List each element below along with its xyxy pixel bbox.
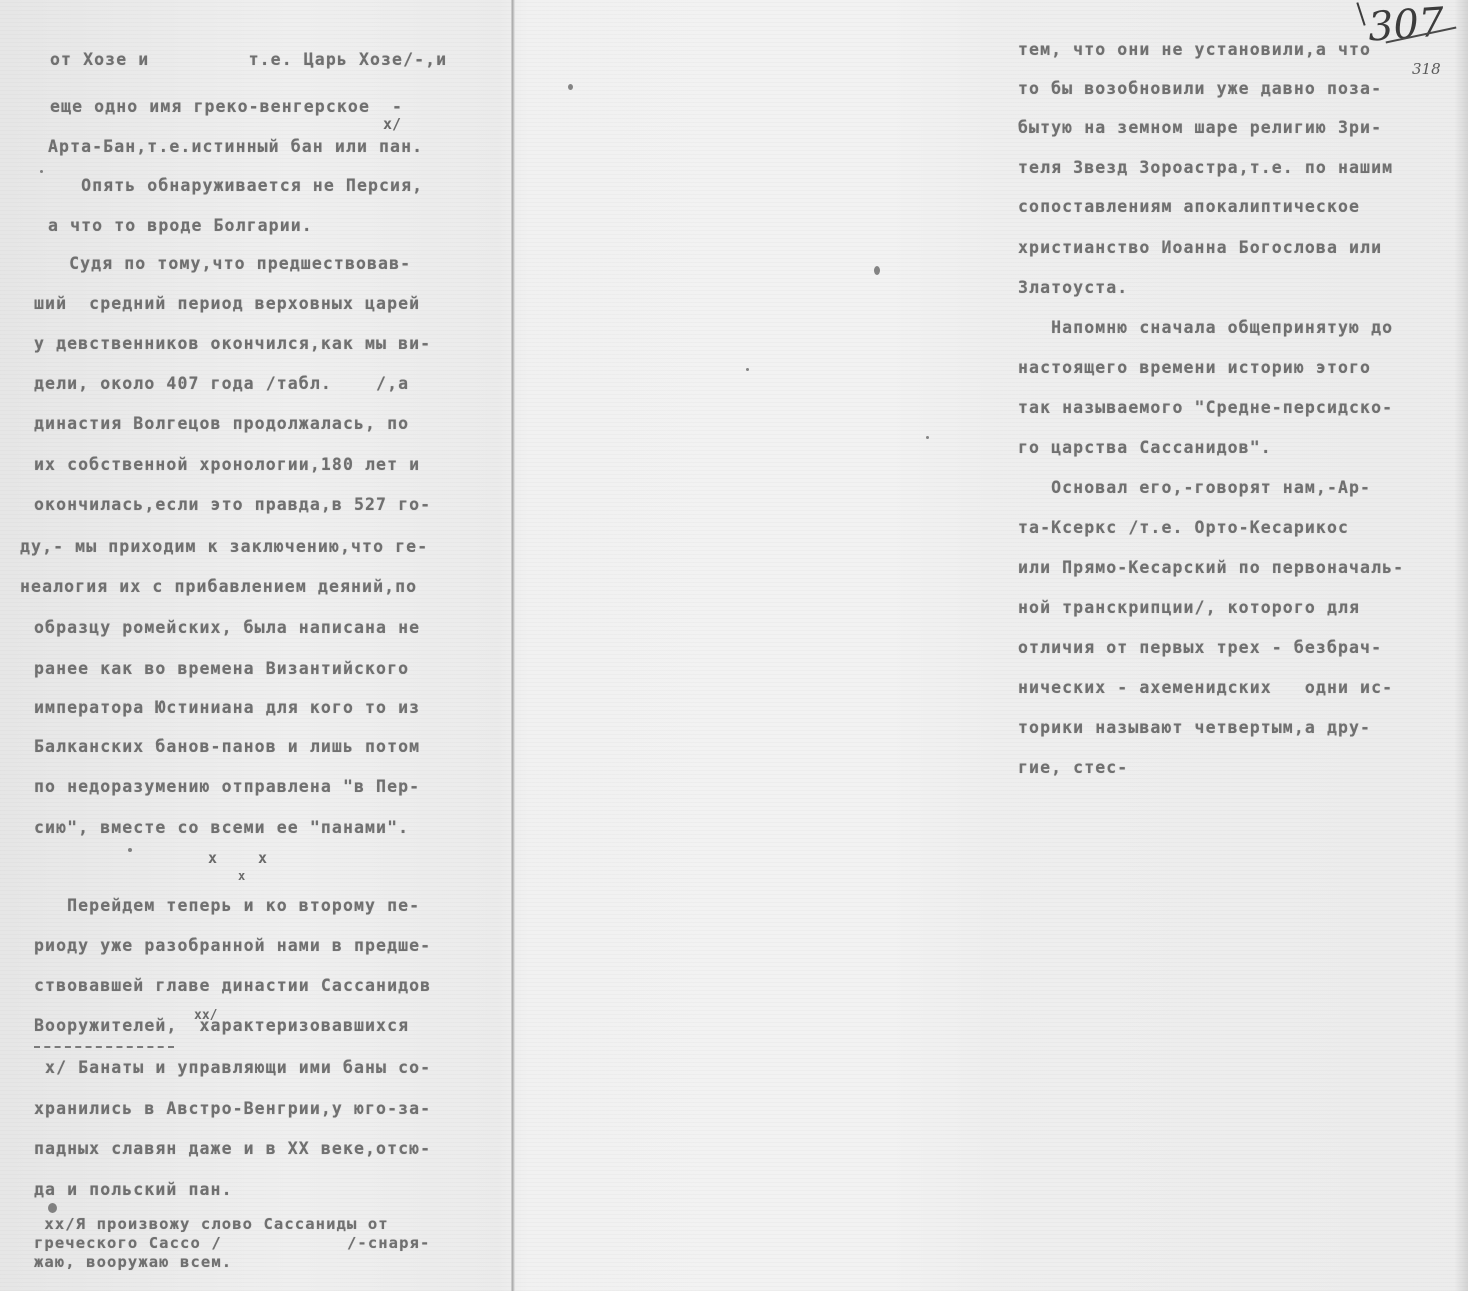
text-line: теля Звезд Зороастра,т.е. по нашим (1018, 158, 1393, 177)
text-line: ной транскрипции/, которого для (1018, 598, 1360, 617)
text-line: Златоуста. (1018, 278, 1128, 297)
handwritten-page-number: 307 (1366, 0, 1445, 51)
text-line: сопоставлениям апокалиптическое (1018, 197, 1360, 216)
footnote-line: хранились в Австро-Венгрии,у юго-за- (34, 1099, 431, 1118)
text-line: го царства Сассанидов". (1018, 438, 1272, 457)
text-line: отличия от первых трех - безбрач- (1018, 638, 1382, 657)
text-line: так называемого "Средне-персидско- (1018, 398, 1393, 417)
text-line: Опять обнаруживается не Персия, (48, 176, 423, 195)
ink-spot (568, 84, 573, 90)
text-line: Вооружителей, характеризовавшихся (34, 1016, 409, 1035)
text-line: риоду уже разобранной нами в предше- (34, 936, 431, 955)
footnote-line: греческого Сассо / /-снаря- (34, 1234, 430, 1252)
text-line: ствовавшей главе династии Сассанидов (34, 976, 431, 995)
ink-spot (48, 1203, 57, 1213)
text-line: окончилась,если это правда,в 527 го- (34, 495, 431, 514)
text-line: настоящего времени историю этого (1018, 358, 1371, 377)
section-separator-mark: x (258, 849, 267, 867)
text-line: ший средний период верховных царей (34, 294, 420, 313)
text-line: Основал его,-говорят нам,-Ар- (1018, 478, 1371, 497)
text-line: у девственников окончился,как мы ви- (34, 334, 431, 353)
footnote-line: x/ Банаты и управляющи ими баны со- (34, 1058, 431, 1077)
ink-spot (926, 436, 929, 439)
ink-spot (874, 266, 880, 275)
footnote-line: xx/Я произвожу слово Сассаниды от (34, 1215, 389, 1233)
text-line: тем, что они не установили,а что (1018, 40, 1371, 59)
section-separator-mark: x (238, 869, 245, 883)
text-line: от Хозе и т.е. Царь Хозе/-,и (50, 50, 447, 69)
text-line: Балканских банов-панов и лишь потом (34, 737, 420, 756)
ink-spot (40, 170, 43, 173)
footnote-marker: xx/ (194, 1008, 217, 1023)
text-line: или Прямо-Кесарский по первоначаль- (1018, 558, 1404, 577)
text-line: Перейдем теперь и ко второму пе- (34, 896, 420, 915)
text-line: а что то вроде Болгарии. (48, 216, 313, 235)
text-line: бытую на земном шаре религию Зри- (1018, 118, 1382, 137)
text-line: христианство Иоанна Богослова или (1018, 238, 1382, 257)
text-line: та-Ксеркс /т.е. Орто-Кесарикос (1018, 518, 1349, 537)
text-line: их собственной хронологии,180 лет и (34, 455, 420, 474)
left-page: от Хозе и т.е. Царь Хозе/-,и еще одно им… (0, 0, 510, 1291)
text-line: по недоразумению отправлена "в Пер- (34, 777, 420, 796)
corrected-page-number: 318 (1412, 60, 1441, 78)
footnote-line: падных славян даже и в XX веке,отсю- (34, 1139, 431, 1158)
text-line: образцу ромейских, была написана не (34, 618, 420, 637)
text-line: торики называют четвертым,а дру- (1018, 718, 1371, 737)
text-line: гие, стес- (1018, 758, 1128, 777)
footnote-rule (34, 1046, 174, 1048)
section-separator-mark: x (208, 849, 217, 867)
ink-spot (746, 368, 749, 371)
text-line: нических - ахеменидских одни ис- (1018, 678, 1393, 697)
footnote-line: жаю, вооружаю всем. (34, 1253, 232, 1271)
text-line: то бы возобновили уже давно поза- (1018, 79, 1382, 98)
text-line: ранее как во времена Византийского (34, 659, 409, 678)
text-line: Судя по тому,что предшествовав- (36, 254, 411, 273)
text-line: сию", вместе со всеми ее "панами". (34, 818, 409, 837)
text-line: императора Юстиниана для кого то из (34, 698, 420, 717)
text-line: еще одно имя греко-венгерское - (50, 97, 403, 116)
page-fold-gutter (511, 0, 515, 1291)
text-line: династия Волгецов продолжалась, по (34, 414, 409, 433)
ink-spot (128, 848, 132, 852)
text-line: неалогия их с прибавлением деяний,по (20, 577, 417, 596)
text-line: Арта-Бан,т.е.истинный бан или пан. (48, 137, 423, 156)
footnote-marker: x/ (383, 115, 401, 133)
footnote-line: да и польский пан. (34, 1180, 233, 1199)
text-line: Напомню сначала общепринятую до (1018, 318, 1393, 337)
text-line: дели, около 407 года /табл. /,а (34, 374, 409, 393)
text-line: ду,- мы приходим к заключению,что ге- (20, 537, 428, 556)
